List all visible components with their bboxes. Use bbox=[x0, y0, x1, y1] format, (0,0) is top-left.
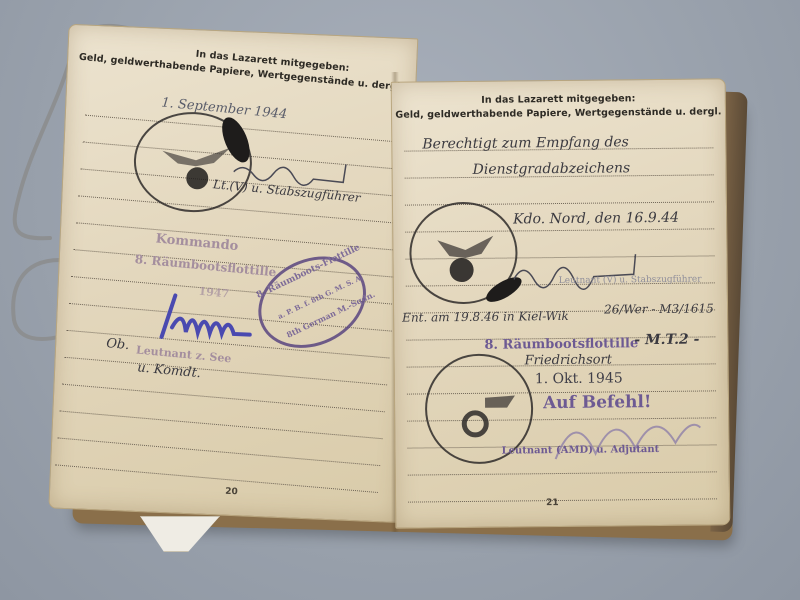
page-number-right: 21 bbox=[546, 498, 559, 508]
page-number-left: 20 bbox=[225, 487, 238, 498]
blue-signature bbox=[151, 287, 263, 352]
paybook: In das Lazarett mitgegeben: Geld, geldwe… bbox=[38, 32, 738, 532]
right-handwriting-line3: Kdo. Nord, den 16.9.44 bbox=[513, 210, 679, 228]
right-page: In das Lazarett mitgegeben: Geld, geldwe… bbox=[391, 78, 731, 528]
location-friedrichsort: Friedrichsort bbox=[525, 352, 613, 368]
purple-signature bbox=[545, 397, 706, 469]
left-page: In das Lazarett mitgegeben: Geld, geldwe… bbox=[48, 24, 418, 523]
rank-ob: Ob. bbox=[106, 336, 130, 353]
eagle-swastika-emblem-icon bbox=[427, 218, 504, 291]
eagle-swastika-emblem-icon bbox=[445, 377, 522, 448]
right-handwriting-line1: Berechtigt zum Empfang des bbox=[422, 134, 629, 152]
right-signature-title: Leutnant (V) u. Stabszugführer bbox=[559, 275, 702, 286]
right-header-line2: Geld, geldwerthabende Papiere, Wertgegen… bbox=[392, 105, 725, 122]
right-page-header: In das Lazarett mitgegeben: Geld, geldwe… bbox=[392, 91, 725, 122]
reference-handwriting: 26/Wer - M3/1615 bbox=[604, 301, 714, 316]
adjutant-stamp: Leutnant (AMD) u. Adjutant bbox=[501, 444, 659, 457]
paper-insert-tab bbox=[140, 516, 220, 552]
mt2-handwriting: - M.T.2 - bbox=[634, 332, 699, 349]
left-page-header: In das Lazarett mitgegeben: Geld, geldwe… bbox=[67, 36, 416, 97]
date-stamp: 1. Okt. 1945 bbox=[535, 370, 623, 387]
discharge-handwriting: Ent. am 19.8.46 in Kiel-Wik bbox=[402, 309, 569, 325]
right-handwriting-line2: Dienstgradabzeichens bbox=[473, 160, 631, 178]
flotilla-stamp-right: 8. Räumbootsflottille bbox=[484, 336, 638, 353]
